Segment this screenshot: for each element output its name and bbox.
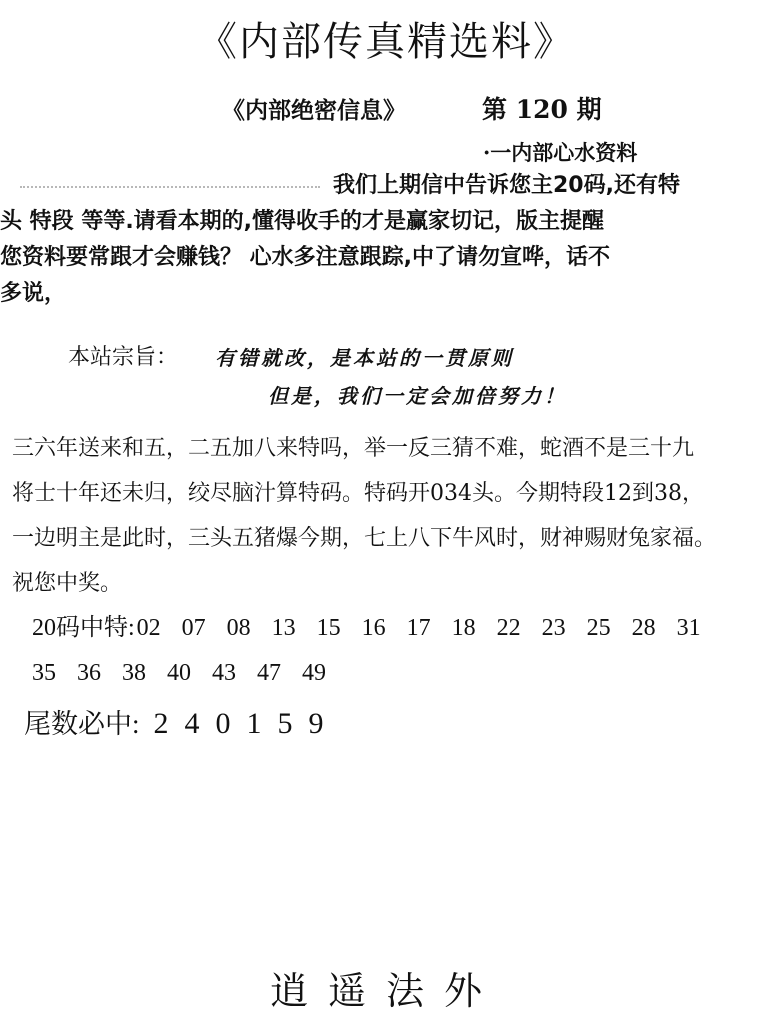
poem-line: 祝您中奖。 — [12, 561, 772, 606]
motto-label: 本站宗旨： — [68, 340, 178, 371]
code-number: 36 — [77, 651, 122, 696]
code-number: 40 — [167, 651, 212, 696]
code-number: 08 — [227, 606, 272, 651]
subtitle: 《内部绝密信息》 — [222, 92, 406, 125]
tail-digit: 9 — [309, 707, 340, 741]
intro-line: 头 特段 等等.请看本期的,懂得收手的才是赢家切记，版主提醒 — [0, 204, 772, 240]
intro-paragraph: 我们上期信中告诉您主20码,还有特 头 特段 等等.请看本期的,懂得收手的才是赢… — [0, 168, 772, 312]
issue-number: 第 120 期 — [482, 90, 602, 126]
code-number: 47 — [257, 651, 302, 696]
code-number: 16 — [362, 606, 407, 651]
code-number: 17 — [407, 606, 452, 651]
intro-line: 多说， — [0, 276, 772, 312]
tail-digits-label: 尾数必中: — [24, 709, 140, 739]
code-number: 15 — [317, 606, 362, 651]
intro-line: 我们上期信中告诉您主20码,还有特 — [0, 168, 772, 204]
code-number: 38 — [122, 651, 167, 696]
code-number: 43 — [212, 651, 257, 696]
tail-digit: 1 — [247, 707, 278, 741]
motto-line-1: 有错就改，是本站的一贯原则 — [215, 342, 514, 371]
intro-line: 您资料要常跟才会赚钱？ 心水多注意跟踪,中了请勿宣哗，话不 — [0, 240, 772, 276]
poem-paragraph: 三六年送来和五，二五加八来特吗，举一反三猜不难，蛇酒不是三十九 将士十年还未归，… — [12, 426, 772, 606]
tail-digit: 4 — [185, 707, 216, 741]
source-label: ·一内部心水资料 — [483, 137, 637, 167]
code-number: 02 — [137, 606, 182, 651]
page-title: 《内部传真精选料》 — [0, 10, 772, 67]
code-number: 07 — [182, 606, 227, 651]
code-number: 23 — [542, 606, 587, 651]
poem-line: 一边明主是此时，三头五猪爆今期，七上八下牛风时，财神赐财兔家福。 — [12, 516, 772, 561]
poem-line: 将士十年还未归，绞尽脑汁算特码。特码开034头。今期特段12到38， — [12, 471, 772, 516]
tail-digit: 0 — [216, 707, 247, 741]
code-number: 25 — [587, 606, 632, 651]
signature: 逍遥法外 — [0, 960, 772, 1015]
code-list-label: 20码中特: — [32, 615, 135, 641]
code-number: 49 — [302, 651, 347, 696]
code-number: 35 — [32, 651, 77, 696]
code-row-2: 35363840434749 — [32, 651, 722, 696]
code-number: 31 — [677, 606, 722, 651]
tail-digits: 尾数必中:240159 — [24, 702, 340, 741]
poem-line: 三六年送来和五，二五加八来特吗，举一反三猜不难，蛇酒不是三十九 — [12, 426, 772, 471]
code-row-1: 20码中特:02070813151617182223252831 — [32, 606, 722, 651]
code-list: 20码中特:02070813151617182223252831 3536384… — [32, 606, 722, 696]
code-number: 13 — [272, 606, 317, 651]
motto-line-2: 但是，我们一定会加倍努力！ — [268, 380, 567, 409]
tail-digit: 2 — [154, 707, 185, 741]
tail-digit: 5 — [278, 707, 309, 741]
code-number: 28 — [632, 606, 677, 651]
code-number: 18 — [452, 606, 497, 651]
code-number: 22 — [497, 606, 542, 651]
